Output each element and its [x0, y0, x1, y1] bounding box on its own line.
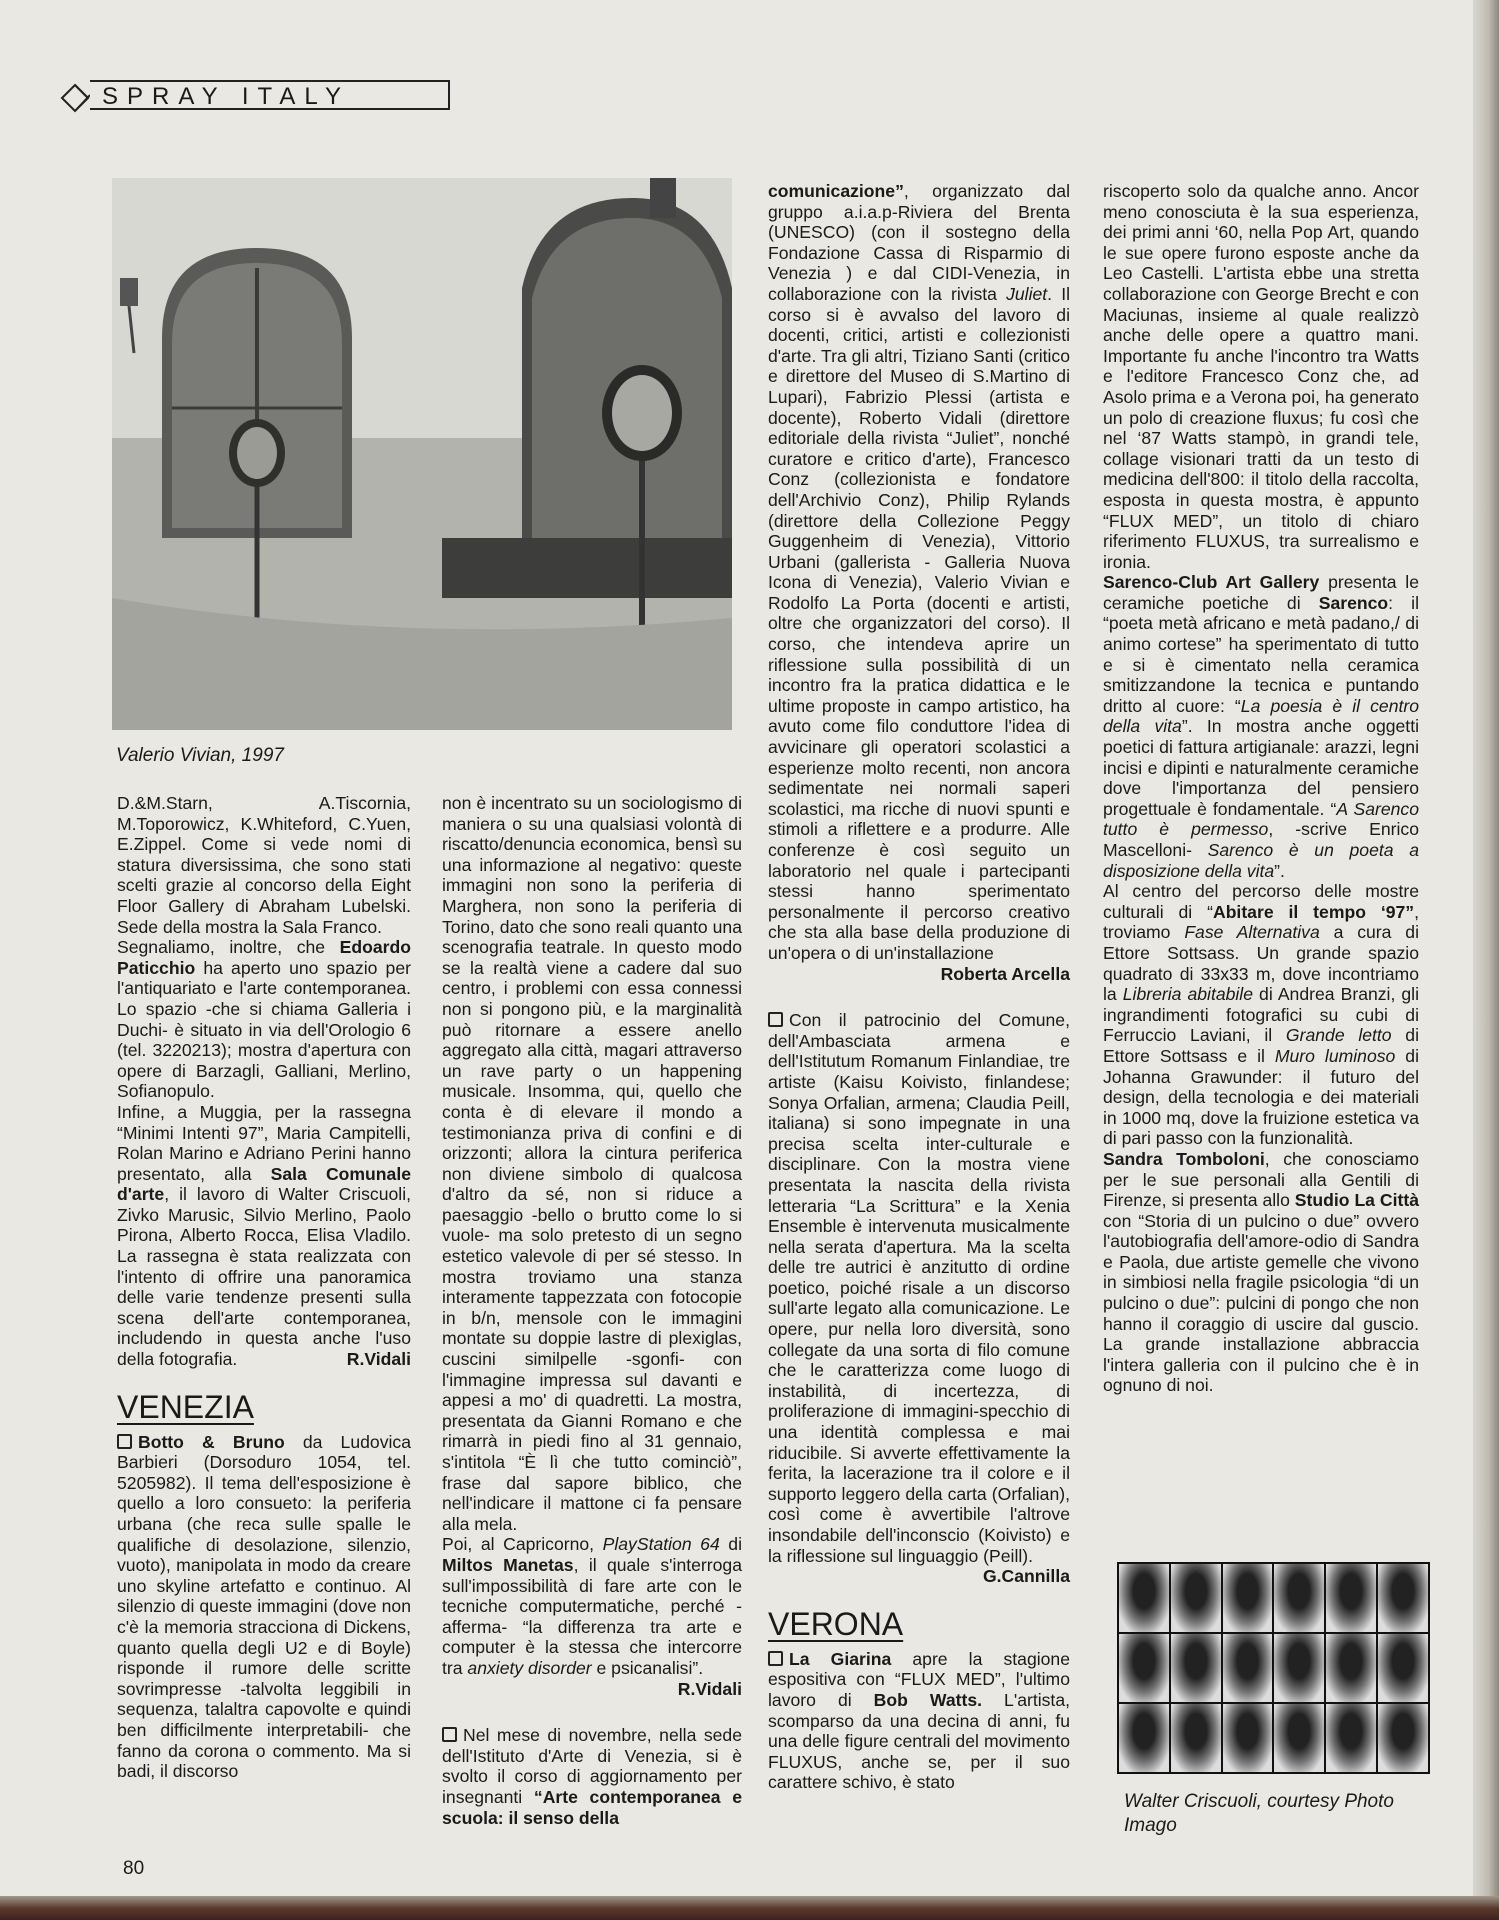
paragraph: D.&M.Starn, A.Tiscornia, M.Toporowicz, K…: [117, 793, 411, 937]
checkbox-bullet-icon: [117, 1434, 132, 1449]
installation-photo: [112, 178, 732, 730]
portrait-thumbnail: [1223, 1564, 1273, 1632]
column-1: D.&M.Starn, A.Tiscornia, M.Toporowicz, K…: [117, 793, 411, 1782]
page-edge: [1473, 0, 1499, 1920]
paragraph: riscoperto solo da qualche anno. Ancor m…: [1103, 181, 1419, 572]
paragraph: Botto & Bruno da Ludovica Barbieri (Dors…: [117, 1432, 411, 1782]
paragraph: Con il patrocinio del Comune, dell'Ambas…: [768, 1010, 1070, 1566]
bold-name: Botto & Bruno: [138, 1432, 285, 1452]
section-heading-verona: VERONA: [768, 1605, 1070, 1643]
section-header: SPRAY ITALY: [60, 80, 395, 112]
diamond-x-icon: [60, 83, 90, 113]
portrait-thumbnail: [1223, 1704, 1273, 1772]
portrait-thumbnail: [1171, 1704, 1221, 1772]
paragraph: Segnaliamo, inoltre, che Edoardo Paticch…: [117, 937, 411, 1102]
paragraph: Sarenco-Club Art Gallery presenta le cer…: [1103, 572, 1419, 881]
portrait-thumbnail: [1274, 1704, 1324, 1772]
portrait-thumbnail: [1274, 1634, 1324, 1702]
portrait-thumbnail: [1171, 1564, 1221, 1632]
paragraph: Infine, a Muggia, per la rassegna “Minim…: [117, 1102, 411, 1370]
page-number: 80: [123, 1858, 144, 1880]
section-label: SPRAY ITALY: [90, 80, 450, 110]
author-signature: R.Vidali: [347, 1349, 411, 1370]
portrait-thumbnail: [1326, 1704, 1376, 1772]
checkbox-bullet-icon: [442, 1727, 457, 1742]
page-edge-bottom: [0, 1896, 1499, 1920]
portrait-thumbnail: [1119, 1564, 1169, 1632]
checkbox-bullet-icon: [768, 1651, 783, 1666]
column-4: riscoperto solo da qualche anno. Ancor m…: [1103, 181, 1419, 1396]
portrait-thumbnail: [1326, 1634, 1376, 1702]
portrait-thumbnail: [1223, 1634, 1273, 1702]
portrait-thumbnail: [1326, 1564, 1376, 1632]
paragraph: Poi, al Capricorno, PlayStation 64 di Mi…: [442, 1534, 742, 1678]
portrait-thumbnail: [1378, 1564, 1428, 1632]
paragraph: Al centro del percorso delle mostre cult…: [1103, 881, 1419, 1149]
column-3: comunicazione”, organizzato dal gruppo a…: [768, 181, 1070, 1793]
photo-grid-walter-criscuoli: [1117, 1562, 1430, 1774]
portrait-thumbnail: [1274, 1564, 1324, 1632]
author-signature: Roberta Arcella: [941, 964, 1070, 985]
photo-caption: Valerio Vivian, 1997: [116, 744, 284, 768]
paragraph: Nel mese di novembre, nella sede dell'Is…: [442, 1725, 742, 1828]
paragraph: comunicazione”, organizzato dal gruppo a…: [768, 181, 1070, 964]
portrait-thumbnail: [1119, 1634, 1169, 1702]
checkbox-bullet-icon: [768, 1012, 783, 1027]
portrait-thumbnail: [1378, 1634, 1428, 1702]
portrait-thumbnail: [1119, 1704, 1169, 1772]
bold-name: Miltos Manetas: [442, 1555, 574, 1575]
photo-valerio-vivian: [112, 178, 732, 730]
photo-grid-caption: Walter Criscuoli, courtesy Photo Imago: [1124, 1790, 1424, 1838]
paragraph: non è incentrato su un sociologismo di m…: [442, 793, 742, 1534]
portrait-thumbnail: [1171, 1634, 1221, 1702]
section-heading-venezia: VENEZIA: [117, 1388, 411, 1426]
paragraph: La Giarina apre la stagione espositiva c…: [768, 1649, 1070, 1793]
author-signature: G.Cannilla: [983, 1566, 1070, 1587]
portrait-thumbnail: [1378, 1704, 1428, 1772]
column-2: non è incentrato su un sociologismo di m…: [442, 793, 742, 1828]
paragraph: Sandra Tomboloni, che conosciamo per le …: [1103, 1149, 1419, 1396]
author-signature: R.Vidali: [678, 1679, 742, 1700]
